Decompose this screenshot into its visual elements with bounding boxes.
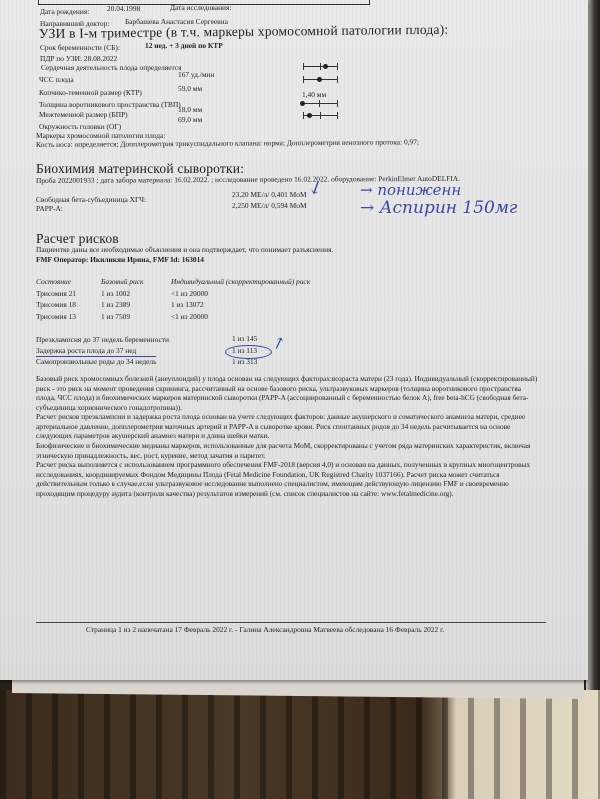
cell: <1 из 20000 (171, 311, 371, 323)
note-preeclampsia: Расчет рисков преэклампсии и задержка ро… (36, 412, 541, 441)
us-row-fhr-label: ЧСС плода (39, 75, 74, 84)
fhr-percentile-scale (303, 63, 338, 71)
us-row-hc-label: Окружность головки (ОГ) (39, 122, 121, 131)
fgr-label: Задержка роста плода до 37 нед (36, 346, 136, 355)
note-software: Расчет риска выполняется с использование… (36, 460, 541, 498)
handwritten-note-aspirin: → Аспирин 150мг (360, 198, 518, 218)
us-row-nt-value: 1,40 мм (302, 90, 326, 99)
birth-date: 20.04.1998 (107, 4, 140, 13)
bpd-percentile-scale (303, 112, 338, 120)
col-condition: Состояние (36, 276, 101, 288)
gestation-label: Срок беременности (СБ): (40, 43, 120, 52)
cell: Трисомия 18 (36, 299, 101, 311)
pappa-label: PAPP-A: (36, 204, 63, 213)
us-row-bpd-label: Межтеменной размер (БПР) (39, 110, 128, 119)
exam-date-label: Дата исследования: (170, 3, 231, 12)
cell: 1 из 7509 (101, 311, 171, 323)
us-row-bpd-value: 18,0 мм (178, 105, 202, 114)
risk-explain: Пациентке даны все необходимые объяснени… (36, 245, 333, 254)
us-row-heart-activity: Сердечная деятельность плода определяетс… (41, 63, 181, 72)
markers-line: Кость носа: определяется; Допплерометрия… (36, 137, 419, 149)
us-row-crl-value: 59,0 мм (178, 84, 202, 93)
footer-divider (36, 622, 546, 623)
footer-text: Страница 1 из 2 напечатана 17 Февраль 20… (86, 625, 444, 634)
table-header-row: Состояние Базовый риск Индивидуальный (с… (36, 276, 371, 288)
crl-percentile-scale (303, 76, 338, 84)
col-individual-risk: Индивидуальный (скорректированный) риск (171, 276, 371, 288)
handwritten-note-low: → пониженн (360, 181, 461, 199)
nt-percentile-scale (301, 100, 338, 108)
col-base-risk: Базовый риск (101, 276, 171, 288)
note-medians: Биофизические и биохимические медианы ма… (36, 441, 541, 460)
cell: <1 из 20000 (171, 288, 371, 300)
note-base-risk: Базовый риск хромосомных болезней (анеуп… (36, 374, 541, 412)
table-row: Трисомия 13 1 из 7509 <1 из 20000 (36, 311, 371, 323)
us-row-nt-label: Толщина воротникового пространства (ТВП) (39, 100, 181, 109)
preeclampsia-label: Преэклампсия до 37 недель беременности (36, 335, 169, 344)
us-row-crl-label: Копчико-теменной размер (КТР) (39, 88, 142, 97)
fur-background (0, 690, 600, 799)
page-edge-shadow (586, 0, 600, 690)
hcg-label: Свободная бета-субъединица ХГЧ: (36, 195, 146, 204)
us-row-fhr-value: 167 уд./мин (178, 70, 214, 79)
table-row: Трисомия 21 1 из 1002 <1 из 20000 (36, 288, 371, 300)
cell: 1 из 1002 (101, 288, 171, 300)
gestation-value: 12 нед. + 3 дней по КТР (145, 41, 223, 50)
preeclampsia-value: 1 из 145 (232, 334, 257, 343)
us-row-hc-value: 69,0 мм (178, 115, 202, 124)
birth-date-label: Дата рождения: (40, 7, 89, 16)
document-page: Дата рождения: 20.04.1998 Дата исследова… (0, 0, 588, 680)
table-row: Трисомия 18 1 из 2389 1 из 13072 (36, 299, 371, 311)
hcg-value: 23,20 МЕ/л/ 0,401 MoM (232, 190, 307, 199)
cell: 1 из 2389 (101, 299, 171, 311)
ultrasound-title: УЗИ в I-м триместре (в т.ч. маркеры хром… (39, 22, 448, 42)
handwritten-circle (225, 345, 272, 359)
cell: 1 из 13072 (171, 299, 371, 311)
fmf-operator: FMF Оператор: Икиликян Ирина, FMF Id: 16… (36, 255, 204, 264)
handwritten-underline (36, 356, 156, 357)
due-date: ПДР по УЗИ: 28.08.2022 (40, 54, 117, 63)
cell: Трисомия 13 (36, 311, 101, 323)
trisomy-risk-table: Состояние Базовый риск Индивидуальный (с… (36, 276, 371, 322)
pappa-value: 2,250 МЕ/л/ 0,594 MoM (232, 201, 307, 210)
preterm-label: Самопроизвольные роды до 34 недель (36, 357, 156, 366)
cell: Трисомия 21 (36, 288, 101, 300)
